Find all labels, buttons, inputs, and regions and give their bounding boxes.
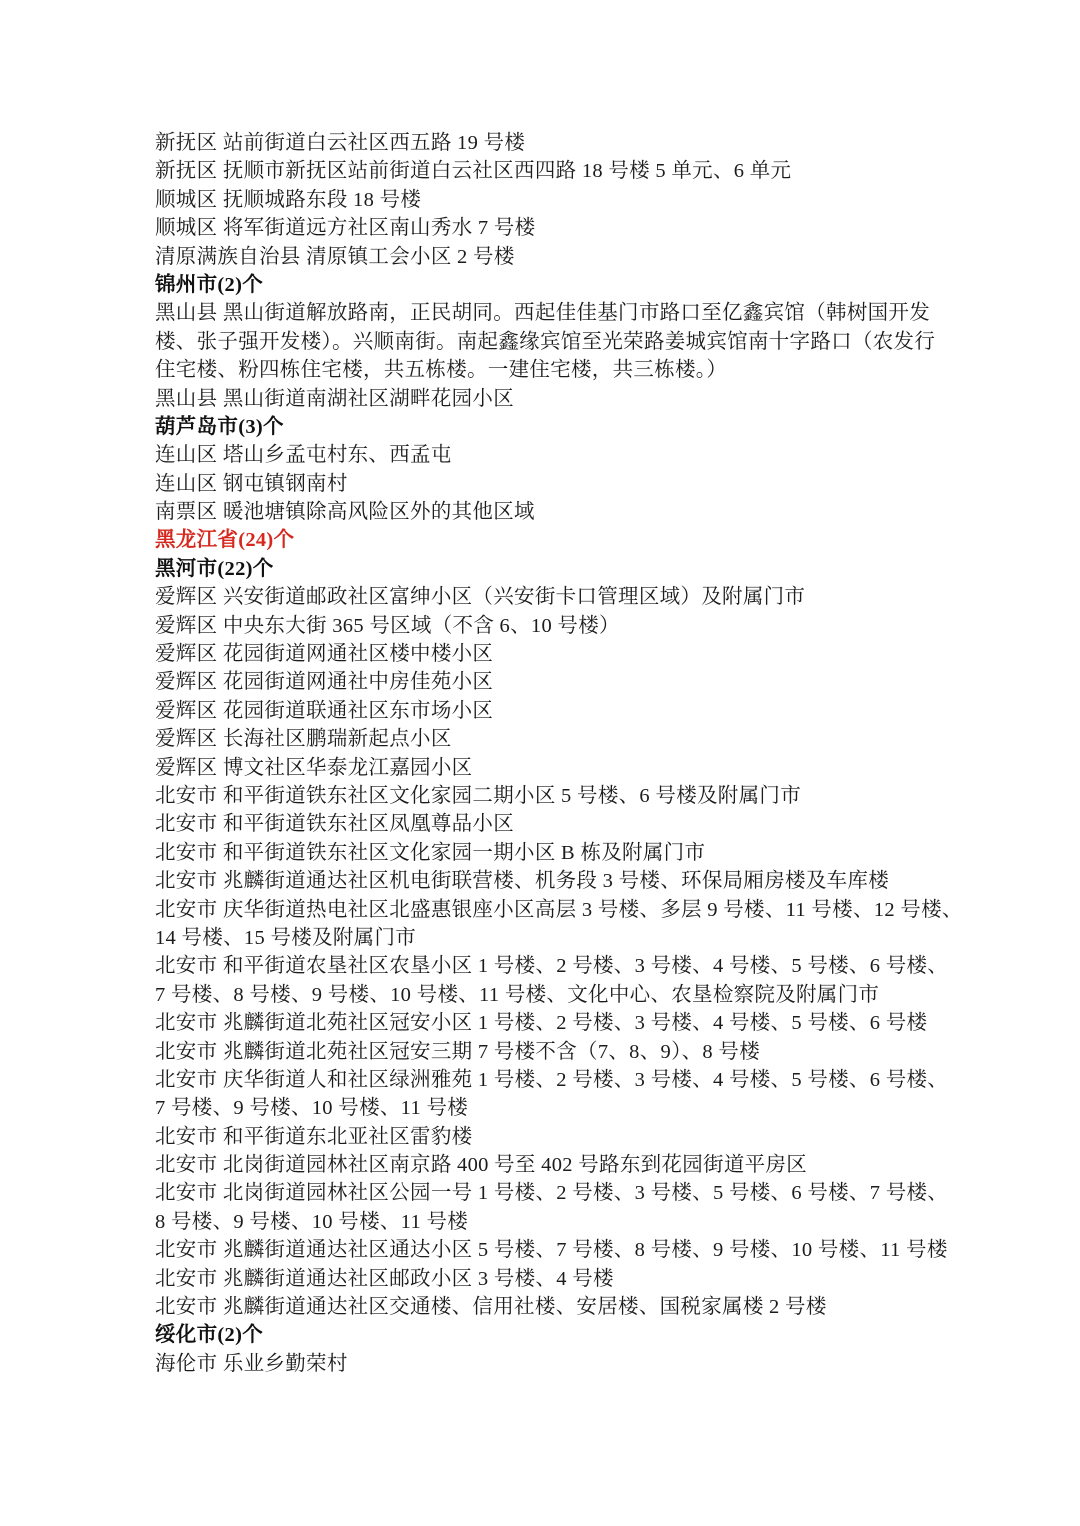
entry-line: 顺城区 将军街道远方社区南山秀水 7 号楼 [155,214,955,242]
entry-line: 黑山县 黑山街道南湖社区湖畔花园小区 [155,385,955,413]
entry-line: 爱辉区 花园街道网通社区楼中楼小区 [155,640,955,668]
entry-line: 连山区 钢屯镇钢南村 [155,470,955,498]
entry-line: 新抚区 抚顺市新抚区站前街道白云社区西四路 18 号楼 5 单元、6 单元 [155,157,955,185]
province-header: 黑龙江省(24)个 [155,526,955,554]
document-body: 新抚区 站前街道白云社区西五路 19 号楼新抚区 抚顺市新抚区站前街道白云社区西… [155,129,955,1378]
entry-line: 7 号楼、9 号楼、10 号楼、11 号楼 [155,1094,955,1122]
entry-line: 新抚区 站前街道白云社区西五路 19 号楼 [155,129,955,157]
entry-line: 清原满族自治县 清原镇工会小区 2 号楼 [155,243,955,271]
entry-line: 北安市 兆麟街道北苑社区冠安小区 1 号楼、2 号楼、3 号楼、4 号楼、5 号… [155,1009,955,1037]
entry-line: 北安市 和平街道铁东社区文化家园二期小区 5 号楼、6 号楼及附属门市 [155,782,955,810]
entry-line: 爱辉区 花园街道联通社区东市场小区 [155,697,955,725]
entry-line: 7 号楼、8 号楼、9 号楼、10 号楼、11 号楼、文化中心、农垦检察院及附属… [155,981,955,1009]
entry-line: 北安市 和平街道铁东社区凤凰尊品小区 [155,810,955,838]
entry-line: 黑山县 黑山街道解放路南，正民胡同。西起佳佳基门市路口至亿鑫宾馆（韩树国开发 [155,299,955,327]
city-header: 葫芦岛市(3)个 [155,413,955,441]
entry-line: 北安市 兆麟街道北苑社区冠安三期 7 号楼不含（7、8、9）、8 号楼 [155,1038,955,1066]
entry-line: 14 号楼、15 号楼及附属门市 [155,924,955,952]
entry-line: 住宅楼、粉四栋住宅楼，共五栋楼。一建住宅楼，共三栋楼。） [155,356,955,384]
city-header: 绥化市(2)个 [155,1321,955,1349]
entry-line: 北安市 北岗街道园林社区南京路 400 号至 402 号路东到花园街道平房区 [155,1151,955,1179]
entry-line: 北安市 庆华街道热电社区北盛惠银座小区高层 3 号楼、多层 9 号楼、11 号楼… [155,896,955,924]
document-page: 新抚区 站前街道白云社区西五路 19 号楼新抚区 抚顺市新抚区站前街道白云社区西… [0,0,1080,1526]
entry-line: 顺城区 抚顺城路东段 18 号楼 [155,186,955,214]
entry-line: 北安市 和平街道农垦社区农垦小区 1 号楼、2 号楼、3 号楼、4 号楼、5 号… [155,952,955,980]
entry-line: 爱辉区 中央东大街 365 号区域（不含 6、10 号楼） [155,612,955,640]
entry-line: 北安市 兆麟街道通达社区通达小区 5 号楼、7 号楼、8 号楼、9 号楼、10 … [155,1236,955,1264]
city-header: 锦州市(2)个 [155,271,955,299]
entry-line: 连山区 塔山乡孟屯村东、西孟屯 [155,441,955,469]
entry-line: 北安市 庆华街道人和社区绿洲雅苑 1 号楼、2 号楼、3 号楼、4 号楼、5 号… [155,1066,955,1094]
entry-line: 北安市 兆麟街道通达社区交通楼、信用社楼、安居楼、国税家属楼 2 号楼 [155,1293,955,1321]
entry-line: 爱辉区 兴安街道邮政社区富绅小区（兴安街卡口管理区域）及附属门市 [155,583,955,611]
entry-line: 8 号楼、9 号楼、10 号楼、11 号楼 [155,1208,955,1236]
entry-line: 爱辉区 长海社区鹏瑞新起点小区 [155,725,955,753]
entry-line: 北安市 和平街道东北亚社区雷豹楼 [155,1123,955,1151]
entry-line: 北安市 和平街道铁东社区文化家园一期小区 B 栋及附属门市 [155,839,955,867]
entry-line: 海伦市 乐业乡勤荣村 [155,1350,955,1378]
entry-line: 爱辉区 花园街道网通社中房佳苑小区 [155,668,955,696]
city-header: 黑河市(22)个 [155,555,955,583]
entry-line: 北安市 北岗街道园林社区公园一号 1 号楼、2 号楼、3 号楼、5 号楼、6 号… [155,1179,955,1207]
entry-line: 北安市 兆麟街道通达社区邮政小区 3 号楼、4 号楼 [155,1265,955,1293]
entry-line: 楼、张子强开发楼）。兴顺南街。南起鑫缘宾馆至光荣路姜城宾馆南十字路口（农发行 [155,328,955,356]
entry-line: 北安市 兆麟街道通达社区机电街联营楼、机务段 3 号楼、环保局厢房楼及车库楼 [155,867,955,895]
entry-line: 爱辉区 博文社区华泰龙江嘉园小区 [155,754,955,782]
entry-line: 南票区 暖池塘镇除高风险区外的其他区域 [155,498,955,526]
